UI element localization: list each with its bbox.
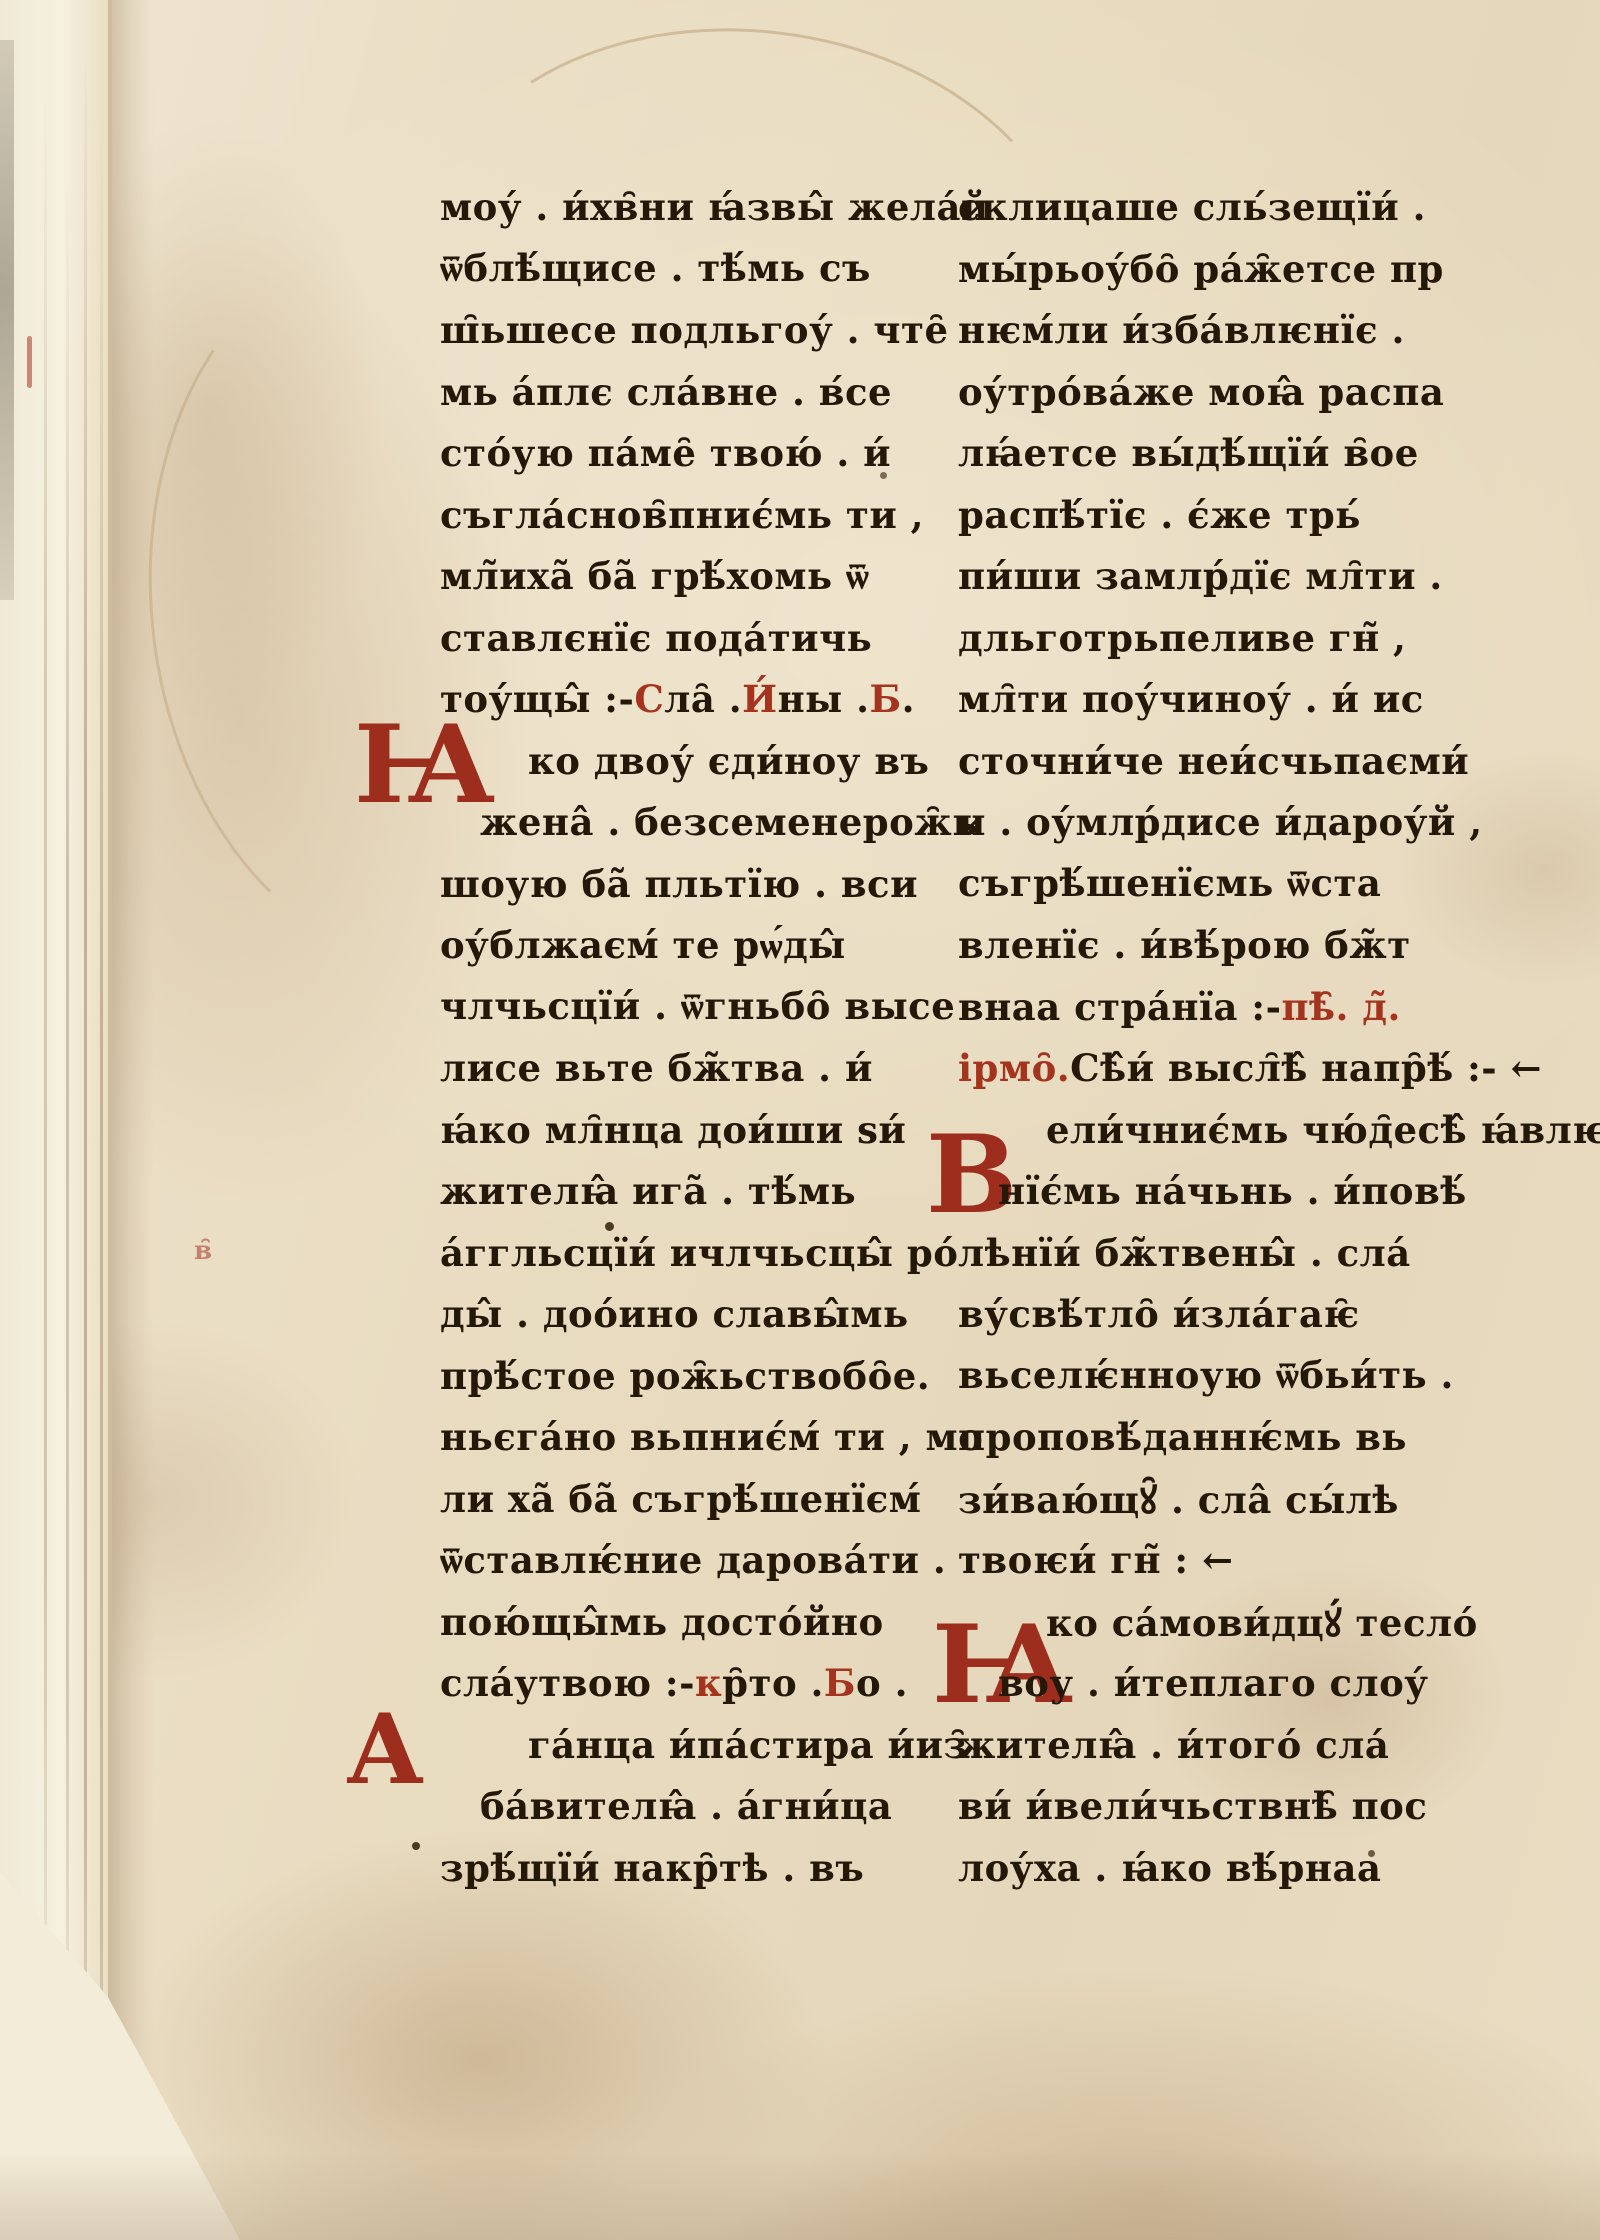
- manuscript-line: проповѣ́даннѥ́мь вь: [958, 1406, 1407, 1468]
- rubric-run: Б: [870, 677, 902, 721]
- text-run: воу . и́теплаго слоу́: [998, 1661, 1428, 1705]
- text-run: ко са́мови́дцꙋ́ тесло́: [1046, 1596, 1478, 1647]
- text-run: оу́блжаєм́ те рѡ́ды̂: [440, 923, 846, 968]
- manuscript-line: лисе вьте бж̃тва . и́: [440, 1037, 873, 1099]
- rubric-run: Б: [824, 1661, 856, 1705]
- text-run: ны .: [778, 677, 870, 721]
- text-run: проповѣ́даннѥ́мь вь: [958, 1415, 1407, 1459]
- text-run: зи́ваю́щꙋ̑ . сла̂ сы́лѣ: [958, 1473, 1399, 1524]
- text-run: члчьсцїи́ . ѿгньбо̑ высе: [440, 984, 955, 1029]
- text-run: ба́вителꙗ̂ . а́гни́ца: [480, 1784, 892, 1828]
- manuscript-line: лѣнїи́ бж̃твены̂ . сла́: [958, 1222, 1411, 1284]
- text-run: съгла́снов̑пниє́мь ти ,: [440, 493, 924, 537]
- manuscript-line: сто́ую па́ме̑ твою́ . и́: [440, 422, 891, 484]
- manuscript-line: мы́рьоу́бо̑ ра́ж̑етсе пр: [958, 238, 1444, 300]
- manuscript-line: лоу́ха . ꙗ́ко вѣ́рнаа: [958, 1837, 1381, 1899]
- manuscript-line: твоѥи́ гн̃ : ←: [958, 1529, 1233, 1591]
- text-run: сла́утвою :-: [440, 1661, 695, 1705]
- text-run: .: [902, 677, 915, 721]
- manuscript-line: тоу́щы̂ :- Сла̑ . И́ны . Б .: [440, 668, 915, 730]
- manuscript-line: ѿставлѥ́ние дарова́ти .: [440, 1529, 946, 1591]
- manuscript-line: ньєга́но вьпниє́м́ ти , мо: [440, 1406, 983, 1468]
- text-run: ли ха̃ ба̃ съгрѣ́шенїєм́: [440, 1477, 921, 1521]
- text-run: внаа стра́нїа :-: [958, 985, 1281, 1029]
- rubric-initial-a: А: [346, 1704, 424, 1795]
- red-edge-mark: [27, 336, 32, 388]
- text-run: пи́ши замлр́дїє мл̑ти .: [958, 554, 1443, 598]
- manuscript-line: зи́ваю́щꙋ̑ . сла̂ сы́лѣ: [958, 1468, 1399, 1530]
- manuscript-line: жителꙗ̂ . и́того́ сла́: [958, 1714, 1389, 1776]
- text-run: сточни́че неи́счьпаєми́: [958, 739, 1469, 783]
- text-run: жена̂ . безсеменерож̑ь: [480, 800, 978, 844]
- manuscript-line: ш̑ьшесе подльгоу́ . чте̑: [440, 299, 948, 361]
- text-run: га́нца и́па́стира и́из̑: [528, 1723, 968, 1767]
- text-run: р̑то .: [722, 1661, 824, 1705]
- text-run: а́ггльсцїи́ ичлчьсцы̂ ро́: [440, 1231, 958, 1275]
- manuscript-line: ірмо̑. Сѣ̂и́ высл̑ѣ̂ напр̑ѣ́ :- ←: [958, 1037, 1542, 1099]
- manuscript-line: ꙗ́ко мл̑нца дои́ши ѕи́: [440, 1099, 906, 1161]
- text-run: распѣ́тїє . є́же трь́: [958, 493, 1361, 537]
- text-run: ш̑ьшесе подльгоу́ . чте̑: [440, 308, 948, 352]
- text-run: ко двоу́ єди́ноу въ: [528, 739, 929, 783]
- page-edge-line: [84, 0, 87, 2240]
- manuscript-line: ды̂ . доо́ино славы̂мь: [440, 1283, 909, 1345]
- manuscript-line: ко са́мови́дцꙋ́ тесло́: [958, 1591, 1478, 1653]
- text-run: моу́ . и́хв̑ни ꙗ́звы̂ жела́й: [440, 185, 989, 229]
- text-run: прѣ́стое рож̑ьствобо̑е.: [440, 1354, 930, 1398]
- rubric-run: к: [695, 1661, 722, 1705]
- rubric-run: И́: [742, 677, 777, 721]
- text-run: лисе вьте бж̃тва . и́: [440, 1046, 873, 1090]
- manuscript-line: ели́чниє́мь чю́д̑есѣ̂ ꙗ́влѥ: [958, 1099, 1600, 1161]
- manuscript-line: зрѣ́щїи́ накр̑тѣ . въ: [440, 1837, 864, 1899]
- manuscript-line: ву́свѣ́тло̑ и́зла́гаѥ̑: [958, 1283, 1360, 1345]
- manuscript-line: пою́щы̂мь досто́йно: [440, 1591, 884, 1653]
- page-edge-line: [66, 0, 69, 2240]
- bottom-edge-shade: [0, 2150, 1600, 2240]
- manuscript-line: жителꙗ̂ ига̃ . тѣ́мь: [440, 1160, 856, 1222]
- text-run: ели́чниє́мь чю́д̑есѣ̂ ꙗ́влѥ: [1046, 1108, 1600, 1152]
- text-run: нѥм́ли и́зба́влѥнїє .: [958, 308, 1405, 352]
- text-run: склицаше сль́зещїи́ .: [958, 185, 1426, 229]
- manuscript-line: склицаше сль́зещїи́ .: [958, 176, 1426, 238]
- text-run: лѣнїи́ бж̃твены̂ . сла́: [958, 1231, 1411, 1275]
- text-run: лꙗ́етсе вы́дѣ́щїи́ в̑ое: [958, 431, 1419, 475]
- text-run: ѿблѣ́щисе . тѣ́мь съ: [440, 246, 871, 291]
- manuscript-line: пи́ши замлр́дїє мл̑ти .: [958, 545, 1443, 607]
- rubric-run: пѣ̑. д̃.: [1281, 985, 1400, 1029]
- manuscript-line: нїє́мь на́чьнь . и́повѣ́: [958, 1160, 1467, 1222]
- manuscript-line: члчьсцїи́ . ѿгньбо̑ высе: [440, 976, 955, 1038]
- page-edge-line: [44, 0, 47, 2240]
- manuscript-line: внаа стра́нїа :- пѣ̑. д̃.: [958, 976, 1401, 1038]
- marginal-red-note: в̑: [194, 1236, 212, 1266]
- text-run: тоу́щы̂ :-: [440, 677, 634, 721]
- manuscript-line: мл̑ти поу́чиноу́ . и́ ис: [958, 668, 1424, 730]
- text-run: Сѣ̂и́ высл̑ѣ̂ напр̑ѣ́ :- ←: [1070, 1046, 1542, 1090]
- text-run: ставлєнїє пода́тичь: [440, 616, 872, 660]
- leaf-edge-shadow: [108, 0, 154, 2240]
- manuscript-line: сла́утвою :- кр̑то . Бо .: [440, 1652, 908, 1714]
- manuscript-line: распѣ́тїє . є́же трь́: [958, 484, 1361, 546]
- manuscript-line: и . оу́млр́дисе и́дароу́й ,: [958, 791, 1483, 853]
- manuscript-line: съгла́снов̑пниє́мь ти ,: [440, 484, 924, 546]
- text-run: ѿставлѥ́ние дарова́ти .: [440, 1538, 946, 1583]
- manuscript-line: га́нца и́па́стира и́из̑: [440, 1714, 968, 1776]
- text-run: ву́свѣ́тло̑ и́зла́гаѥ̑: [958, 1292, 1360, 1336]
- manuscript-line: сточни́че неи́счьпаєми́: [958, 730, 1469, 792]
- manuscript-line: ви́ и́вели́чьствнѣ̑ пос: [958, 1775, 1427, 1837]
- text-run: о .: [856, 1661, 908, 1705]
- rubric-run: С: [634, 677, 664, 721]
- manuscript-line: ба́вителꙗ̂ . а́гни́ца: [440, 1775, 892, 1837]
- text-run: пою́щы̂мь досто́йно: [440, 1600, 884, 1644]
- page-edge-line: [100, 0, 103, 2240]
- manuscript-line: воу . и́теплаго слоу́: [958, 1652, 1428, 1714]
- manuscript-line: оу́тро́ва́же моꙗ̂ распа: [958, 361, 1444, 423]
- text-run: мл̑ти поу́чиноу́ . и́ ис: [958, 677, 1424, 721]
- text-run: зрѣ́щїи́ накр̑тѣ . въ: [440, 1846, 864, 1890]
- text-run: мл̃иха̃ ба̃ грѣ́хомь ѿ: [440, 554, 869, 599]
- manuscript-line: ли ха̃ ба̃ съгрѣ́шенїєм́: [440, 1468, 921, 1530]
- manuscript-line: мл̃иха̃ ба̃ грѣ́хомь ѿ: [440, 545, 869, 607]
- manuscript-line: прѣ́стое рож̑ьствобо̑е.: [440, 1345, 930, 1407]
- manuscript-line: жена̂ . безсеменерож̑ь: [440, 791, 978, 853]
- manuscript-line: оу́блжаєм́ те рѡ́ды̂: [440, 914, 846, 976]
- text-run: сто́ую па́ме̑ твою́ . и́: [440, 431, 891, 475]
- text-run: дльготрьпеливе гн̃ ,: [958, 616, 1406, 660]
- manuscript-line: вленїє . и́вѣ́рою бж̃т: [958, 914, 1411, 976]
- text-run: ви́ и́вели́чьствнѣ̑ пос: [958, 1784, 1427, 1828]
- manuscript-line: ко двоу́ єди́ноу въ: [440, 730, 929, 792]
- text-run: шоую ба̃ пльтїю . вси: [440, 862, 918, 906]
- text-run: мь а́плє сла́вне . в́се: [440, 370, 892, 414]
- manuscript-line: ѿблѣ́щисе . тѣ́мь съ: [440, 238, 871, 300]
- manuscript-line: съгрѣ́шенїємь ѿста: [958, 853, 1381, 915]
- text-run: нїє́мь на́чьнь . и́повѣ́: [998, 1169, 1467, 1213]
- text-run: мы́рьоу́бо̑ ра́ж̑етсе пр: [958, 247, 1444, 291]
- manuscript-line: вьселѥ́нноую ѿбьи́ть .: [958, 1345, 1454, 1407]
- manuscript-line: моу́ . и́хв̑ни ꙗ́звы̂ жела́й: [440, 176, 989, 238]
- text-run: вленїє . и́вѣ́рою бж̃т: [958, 923, 1411, 967]
- text-run: оу́тро́ва́же моꙗ̂ распа: [958, 370, 1444, 414]
- text-run: жителꙗ̂ ига̃ . тѣ́мь: [440, 1169, 856, 1213]
- manuscript-line: лꙗ́етсе вы́дѣ́щїи́ в̑ое: [958, 422, 1419, 484]
- ink-speck: [412, 1842, 420, 1850]
- text-run: ꙗ́ко мл̑нца дои́ши ѕи́: [440, 1108, 906, 1152]
- text-run: ньєга́но вьпниє́м́ ти , мо: [440, 1415, 983, 1459]
- manuscript-line: ставлєнїє пода́тичь: [440, 607, 872, 669]
- binding-shadow: [0, 40, 14, 600]
- manuscript-line: а́ггльсцїи́ ичлчьсцы̂ ро́: [440, 1222, 958, 1284]
- text-run: жителꙗ̂ . и́того́ сла́: [958, 1723, 1389, 1767]
- text-run: ды̂ . доо́ино славы̂мь: [440, 1292, 909, 1336]
- text-run: ла̑ .: [664, 677, 742, 721]
- manuscript-line: дльготрьпеливе гн̃ ,: [958, 607, 1406, 669]
- text-run: и . оу́млр́дисе и́дароу́й ,: [958, 800, 1483, 844]
- text-run: твоѥи́ гн̃ : ←: [958, 1538, 1233, 1582]
- text-run: вьселѥ́нноую ѿбьи́ть .: [958, 1353, 1454, 1398]
- manuscript-page-photo: в̑ Ꙗ А В Ꙗ моу́ . и́хв̑ни ꙗ́звы̂ жела́йѿ…: [0, 0, 1600, 2240]
- text-run: съгрѣ́шенїємь ѿста: [958, 861, 1381, 906]
- manuscript-line: нѥм́ли и́зба́влѥнїє .: [958, 299, 1405, 361]
- manuscript-line: шоую ба̃ пльтїю . вси: [440, 853, 918, 915]
- manuscript-line: мь а́плє сла́вне . в́се: [440, 361, 892, 423]
- rubric-run: ірмо̑.: [958, 1046, 1070, 1090]
- text-run: лоу́ха . ꙗ́ко вѣ́рнаа: [958, 1846, 1381, 1890]
